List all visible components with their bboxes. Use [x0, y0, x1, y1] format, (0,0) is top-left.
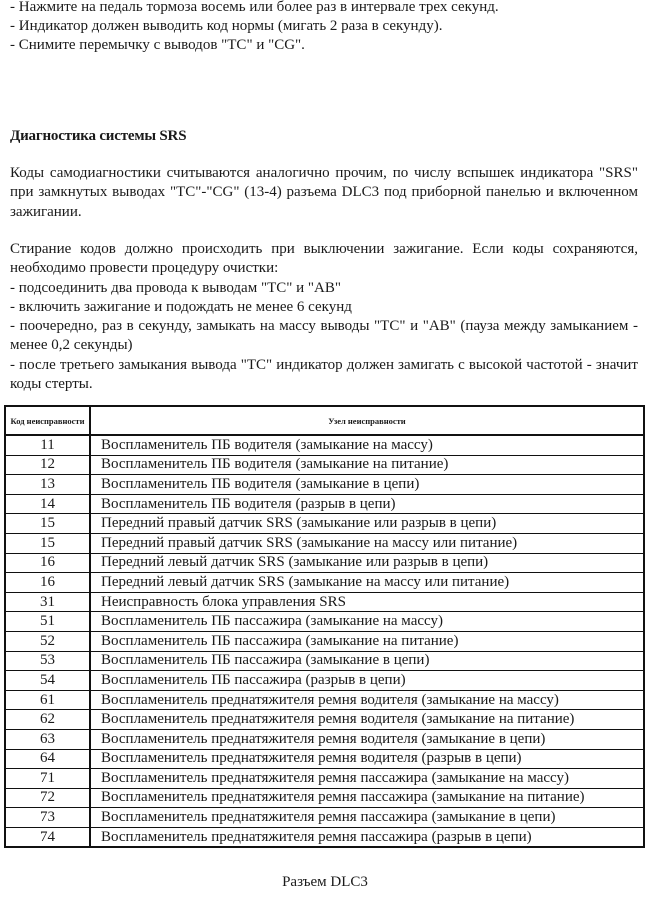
fault-description: Воспламенитель ПБ пассажира (разрыв в це…	[90, 671, 644, 691]
intro-step: - Снимите перемычку с выводов "TC" и "CG…	[10, 36, 305, 55]
srs-clear-paragraph: Стирание кодов должно происходить при вы…	[10, 240, 638, 394]
fault-description: Воспламенитель преднатяжителя ремня води…	[90, 749, 644, 769]
fault-code: 72	[5, 788, 90, 808]
fault-code: 16	[5, 573, 90, 593]
paragraph-text: Стирание кодов должно происходить при вы…	[10, 240, 638, 279]
header-node: Узел неисправности	[90, 406, 644, 435]
clear-step: - поочередно, раз в секунду, замыкать на…	[10, 317, 638, 356]
table-header-row: Код неисправности Узел неисправности	[5, 406, 644, 435]
fault-code: 51	[5, 612, 90, 632]
clear-step: - подсоединить два провода к выводам "TC…	[10, 279, 638, 298]
fault-description: Воспламенитель преднатяжителя ремня води…	[90, 729, 644, 749]
fault-description: Воспламенитель ПБ водителя (замыкание на…	[90, 455, 644, 475]
table-row: 52Воспламенитель ПБ пассажира (замыкание…	[5, 631, 644, 651]
table-row: 15Передний правый датчик SRS (замыкание …	[5, 514, 644, 534]
fault-description: Воспламенитель ПБ водителя (замыкание на…	[90, 435, 644, 455]
fault-description: Передний правый датчик SRS (замыкание ил…	[90, 514, 644, 534]
table-row: 64Воспламенитель преднатяжителя ремня во…	[5, 749, 644, 769]
table-row: 16Передний левый датчик SRS (замыкание н…	[5, 573, 644, 593]
fault-code: 11	[5, 435, 90, 455]
fault-description: Воспламенитель преднатяжителя ремня пасс…	[90, 808, 644, 828]
table-row: 71Воспламенитель преднатяжителя ремня па…	[5, 769, 644, 789]
fault-code: 15	[5, 533, 90, 553]
fault-code: 14	[5, 494, 90, 514]
table-body: 11Воспламенитель ПБ водителя (замыкание …	[5, 435, 644, 847]
table-row: 12Воспламенитель ПБ водителя (замыкание …	[5, 455, 644, 475]
fault-code: 71	[5, 769, 90, 789]
fault-code: 13	[5, 475, 90, 495]
fault-description: Воспламенитель ПБ водителя (замыкание в …	[90, 475, 644, 495]
clear-step: - после третьего замыкания вывода "TC" и…	[10, 356, 638, 395]
fault-description: Воспламенитель преднатяжителя ремня пасс…	[90, 788, 644, 808]
fault-code: 63	[5, 729, 90, 749]
table-row: 16Передний левый датчик SRS (замыкание и…	[5, 553, 644, 573]
table-row: 74Воспламенитель преднатяжителя ремня па…	[5, 827, 644, 847]
fault-description: Воспламенитель ПБ пассажира (замыкание в…	[90, 651, 644, 671]
table-row: 51Воспламенитель ПБ пассажира (замыкание…	[5, 612, 644, 632]
fault-code: 52	[5, 631, 90, 651]
clear-step: - включить зажигание и подождать не мене…	[10, 298, 638, 317]
table-row: 14Воспламенитель ПБ водителя (разрыв в ц…	[5, 494, 644, 514]
fault-description: Воспламенитель ПБ пассажира (замыкание н…	[90, 612, 644, 632]
table-row: 63Воспламенитель преднатяжителя ремня во…	[5, 729, 644, 749]
fault-description: Воспламенитель ПБ водителя (разрыв в цеп…	[90, 494, 644, 514]
fault-code: 62	[5, 710, 90, 730]
fault-code: 74	[5, 827, 90, 847]
paragraph-text: Коды самодиагностики считываются аналоги…	[10, 164, 638, 222]
fault-description: Передний правый датчик SRS (замыкание на…	[90, 533, 644, 553]
table-row: 31Неисправность блока управления SRS	[5, 592, 644, 612]
table-row: 11Воспламенитель ПБ водителя (замыкание …	[5, 435, 644, 455]
fault-code: 73	[5, 808, 90, 828]
fault-description: Воспламенитель ПБ пассажира (замыкание н…	[90, 631, 644, 651]
fault-description: Передний левый датчик SRS (замыкание или…	[90, 553, 644, 573]
table-row: 62Воспламенитель преднатяжителя ремня во…	[5, 710, 644, 730]
fault-code: 15	[5, 514, 90, 534]
table-row: 13Воспламенитель ПБ водителя (замыкание …	[5, 475, 644, 495]
srs-read-paragraph: Коды самодиагностики считываются аналоги…	[10, 164, 638, 222]
fault-codes-table: Код неисправности Узел неисправности 11В…	[4, 405, 645, 848]
table-row: 73Воспламенитель преднатяжителя ремня па…	[5, 808, 644, 828]
fault-code: 31	[5, 592, 90, 612]
intro-step: - Нажмите на педаль тормоза восемь или б…	[10, 0, 499, 17]
fault-description: Передний левый датчик SRS (замыкание на …	[90, 573, 644, 593]
fault-code: 53	[5, 651, 90, 671]
table-row: 53Воспламенитель ПБ пассажира (замыкание…	[5, 651, 644, 671]
fault-code: 61	[5, 690, 90, 710]
intro-step: - Индикатор должен выводить код нормы (м…	[10, 17, 442, 36]
table-row: 61Воспламенитель преднатяжителя ремня во…	[5, 690, 644, 710]
table-row: 15Передний правый датчик SRS (замыкание …	[5, 533, 644, 553]
fault-code: 64	[5, 749, 90, 769]
fault-description: Неисправность блока управления SRS	[90, 592, 644, 612]
fault-description: Воспламенитель преднатяжителя ремня води…	[90, 690, 644, 710]
table-row: 54Воспламенитель ПБ пассажира (разрыв в …	[5, 671, 644, 691]
fault-description: Воспламенитель преднатяжителя ремня пасс…	[90, 769, 644, 789]
fault-code: 12	[5, 455, 90, 475]
section-title: Диагностика системы SRS	[10, 128, 186, 145]
fault-description: Воспламенитель преднатяжителя ремня пасс…	[90, 827, 644, 847]
fault-description: Воспламенитель преднатяжителя ремня води…	[90, 710, 644, 730]
fault-code: 16	[5, 553, 90, 573]
connector-caption: Разъем DLC3	[0, 874, 650, 891]
fault-code: 54	[5, 671, 90, 691]
header-code: Код неисправности	[5, 406, 90, 435]
table-row: 72Воспламенитель преднатяжителя ремня па…	[5, 788, 644, 808]
